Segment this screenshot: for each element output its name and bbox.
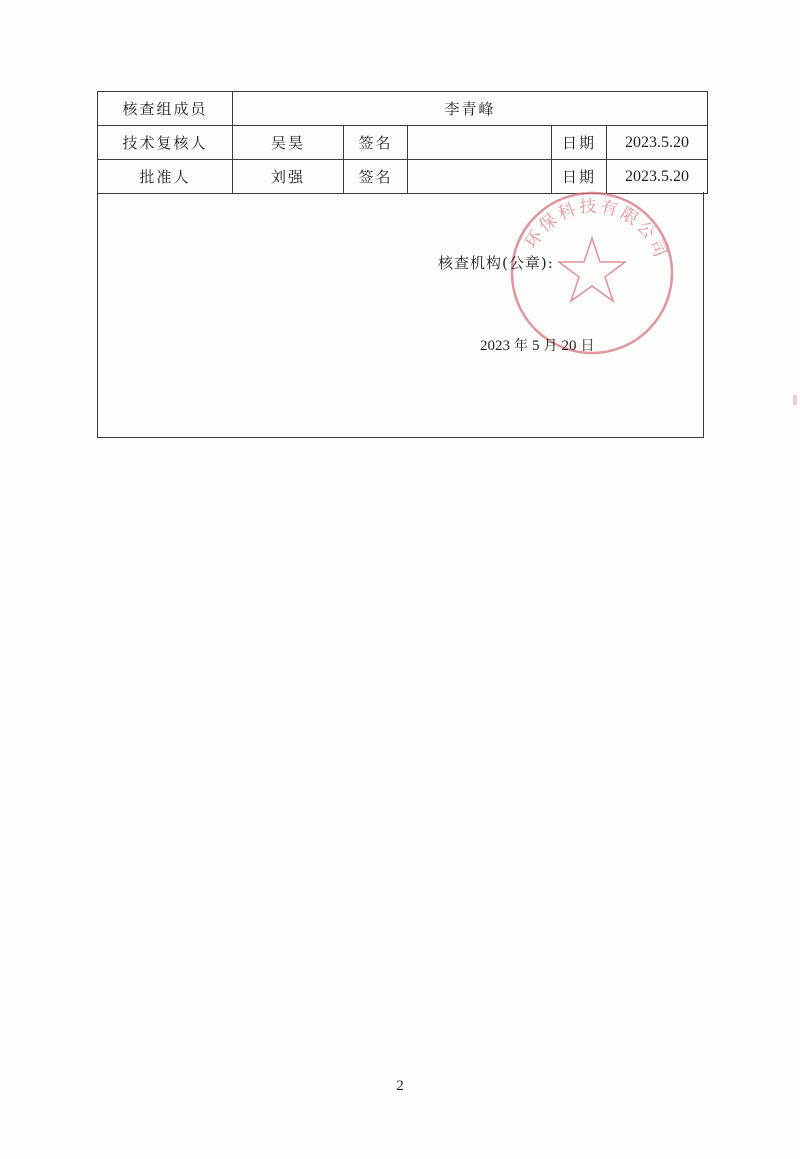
signature-label: 签名 — [344, 126, 408, 160]
edge-stamp-mark — [793, 395, 797, 405]
approver-label: 批准人 — [98, 160, 233, 194]
tech-reviewer-label: 技术复核人 — [98, 126, 233, 160]
seal-date: 2023年5月20日 — [480, 335, 599, 355]
team-members-label: 核查组成员 — [98, 92, 233, 126]
tech-reviewer-name: 吴昊 — [233, 126, 344, 160]
date-label: 日期 — [552, 126, 607, 160]
table-row: 技术复核人 吴昊 签名 日期 2023.5.20 — [98, 126, 708, 160]
signature-label: 签名 — [344, 160, 408, 194]
date-value: 2023.5.20 — [607, 126, 708, 160]
approver-name: 刘强 — [233, 160, 344, 194]
team-members-value: 李青峰 — [233, 92, 708, 126]
seal-date-day: 20 — [562, 338, 577, 354]
verification-signoff-table: 核查组成员 李青峰 技术复核人 吴昊 签名 日期 2023.5.20 批准人 刘… — [97, 91, 708, 194]
seal-label: 核查机构(公章): — [438, 252, 554, 273]
official-seal-stamp-icon: 环保科技有限公司 — [507, 188, 677, 358]
page-number: 2 — [0, 1078, 800, 1095]
signature-field — [408, 126, 552, 160]
seal-date-month: 5 — [532, 338, 540, 354]
table-row: 核查组成员 李青峰 — [98, 92, 708, 126]
seal-date-year: 2023 — [480, 338, 510, 354]
